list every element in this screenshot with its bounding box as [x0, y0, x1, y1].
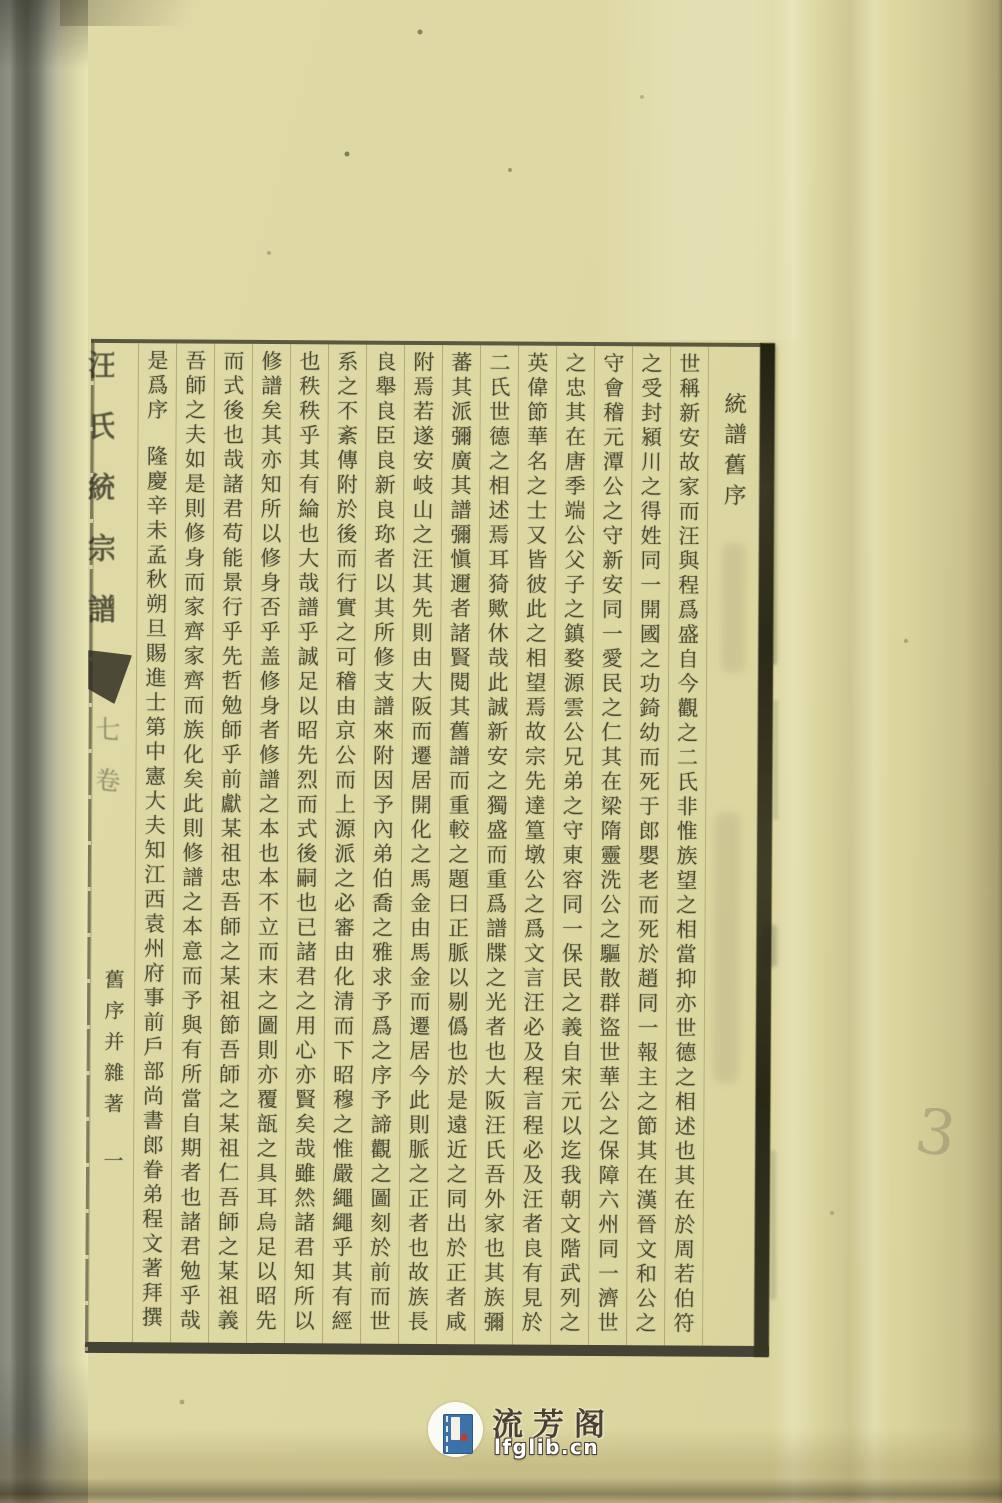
text-column: 也秩秩乎其有綸也大哉譜乎誠足以昭先烈而式後嗣也已諸君之用心亦賢矣哉雖然諸君知所以: [284, 344, 328, 1343]
text-column: 之受封潁川之得姓同一開國之功錡幼而死于郎嬰老而死於趙同一報主之節其在漢晉文和公之: [626, 346, 670, 1345]
page-edge-shading-right: [902, 0, 1002, 1503]
text-column: 英偉節華名之士又皆彼此之相望焉故宗先達篁墩公之爲文言汪必及程言程必及汪者良有見於: [512, 346, 556, 1345]
text-column: 修譜矣其亦知所以修身否乎盖修身者修譜之本也本不立而末之圖則亦覆瓿之具耳烏足以昭先: [246, 344, 290, 1343]
spine-book-title: 汪氏統宗譜: [86, 350, 114, 670]
text-column: 系之不紊傳附於後而行實之可稽由京公而上源派之必審由化清而下昭穆之惟嚴繩繩乎其有經: [322, 344, 366, 1343]
ink-smudge: [771, 345, 777, 665]
book-seal-icon: [461, 1434, 467, 1441]
text-column: 附焉若遂安岐山之汪其先則由大阪而遷居開化之馬金由馬金而遷居今此則脈之正者也故族長: [398, 345, 442, 1344]
paper-shading-top-left: [60, 0, 230, 26]
watermark-badge: [428, 1402, 483, 1457]
paper-specks: [0, 0, 2, 2]
ink-smudge: [773, 700, 778, 820]
text-column: 守會稽元潭公之守新安同一愛民之仁其在梁隋靈洗公之驅散群盜世華公之保障六州同一濟世: [588, 346, 632, 1345]
text-block-frame: 統譜舊序 世稱新安故家而汪與程爲盛自今觀之二氏非惟族望之相當抑亦世德之相述也其在…: [85, 339, 775, 1357]
text-column: 之忠其在唐季端公父子之鎮婺源雲公兄弟之守東容同一保民之義自宋元以迄我朝文階武列之: [550, 346, 594, 1345]
paper-light-band-right: [772, 0, 818, 1503]
text-columns: 統譜舊序 世稱新安故家而汪與程爲盛自今觀之二氏非惟族望之相當抑亦世德之相述也其在…: [88, 343, 760, 1346]
text-column: 良舉良臣良新良珎者以其所修支譜來附因予內弟伯喬之雅求予爲之序予諦觀之圖刻於前而世: [360, 345, 404, 1344]
folio-page-number: 一: [100, 1150, 124, 1181]
book-label-icon: [451, 1417, 460, 1440]
text-column: 二氏世德之相述焉耳猗歟休哉此誠新安之獨盛而重爲譜牒之光者也大阪汪氏吾外家也其族彌: [474, 345, 518, 1344]
spine-volume-mark: 七卷: [90, 714, 120, 867]
book-stitching-icon: [446, 1416, 448, 1452]
watermark-site-url: lfglib.cn: [494, 1435, 599, 1459]
folio-section-label: 舊序并雜著: [100, 969, 125, 1124]
closing-phrase: 是爲序: [145, 349, 169, 423]
paper-crease: [818, 0, 894, 1503]
ink-smudge: [770, 1150, 776, 1300]
text-column: 蕃其派彌廣其譜彌愼邇者諸賢閱其舊譜而重較之題曰正脈以剔僞也於是遠近之同出於正者咸: [436, 345, 480, 1344]
section-title: 統譜舊序: [702, 347, 760, 1346]
colophon-column: 是爲序隆慶辛未孟秋朔旦賜進士第中憲大夫知江西袁州府事前戶部尚書郎眷弟程文著拜撰: [132, 343, 176, 1342]
book-icon: [443, 1414, 473, 1454]
ink-smudge: [762, 925, 777, 967]
watermark: 流芳阁 lfglib.cn: [426, 1398, 606, 1468]
text-column: 世稱新安故家而汪與程爲盛自今觀之二氏非惟族望之相當抑亦世德之相述也其在於周若伯符: [664, 346, 708, 1345]
book-edge-shading-left: [0, 0, 88, 1503]
text-column: 吾師之夫如是則修身而家齊家齊而族化矣此則修譜之本意而予與有所當自期者也諸君勉乎哉: [170, 343, 214, 1342]
scanned-genealogy-page: 統譜舊序 世稱新安故家而汪與程爲盛自今觀之二氏非惟族望之相當抑亦世德之相述也其在…: [0, 0, 1002, 1503]
colophon-text: 隆慶辛未孟秋朔旦賜進士第中憲大夫知江西袁州府事前戶部尚書郎眷弟程文著拜撰: [139, 445, 168, 1331]
text-column: 而式後也哉諸君苟能景行乎先哲勉師乎前獻某祖忠吾師之某祖節吾師之某祖仁吾師之某祖義: [208, 344, 252, 1343]
